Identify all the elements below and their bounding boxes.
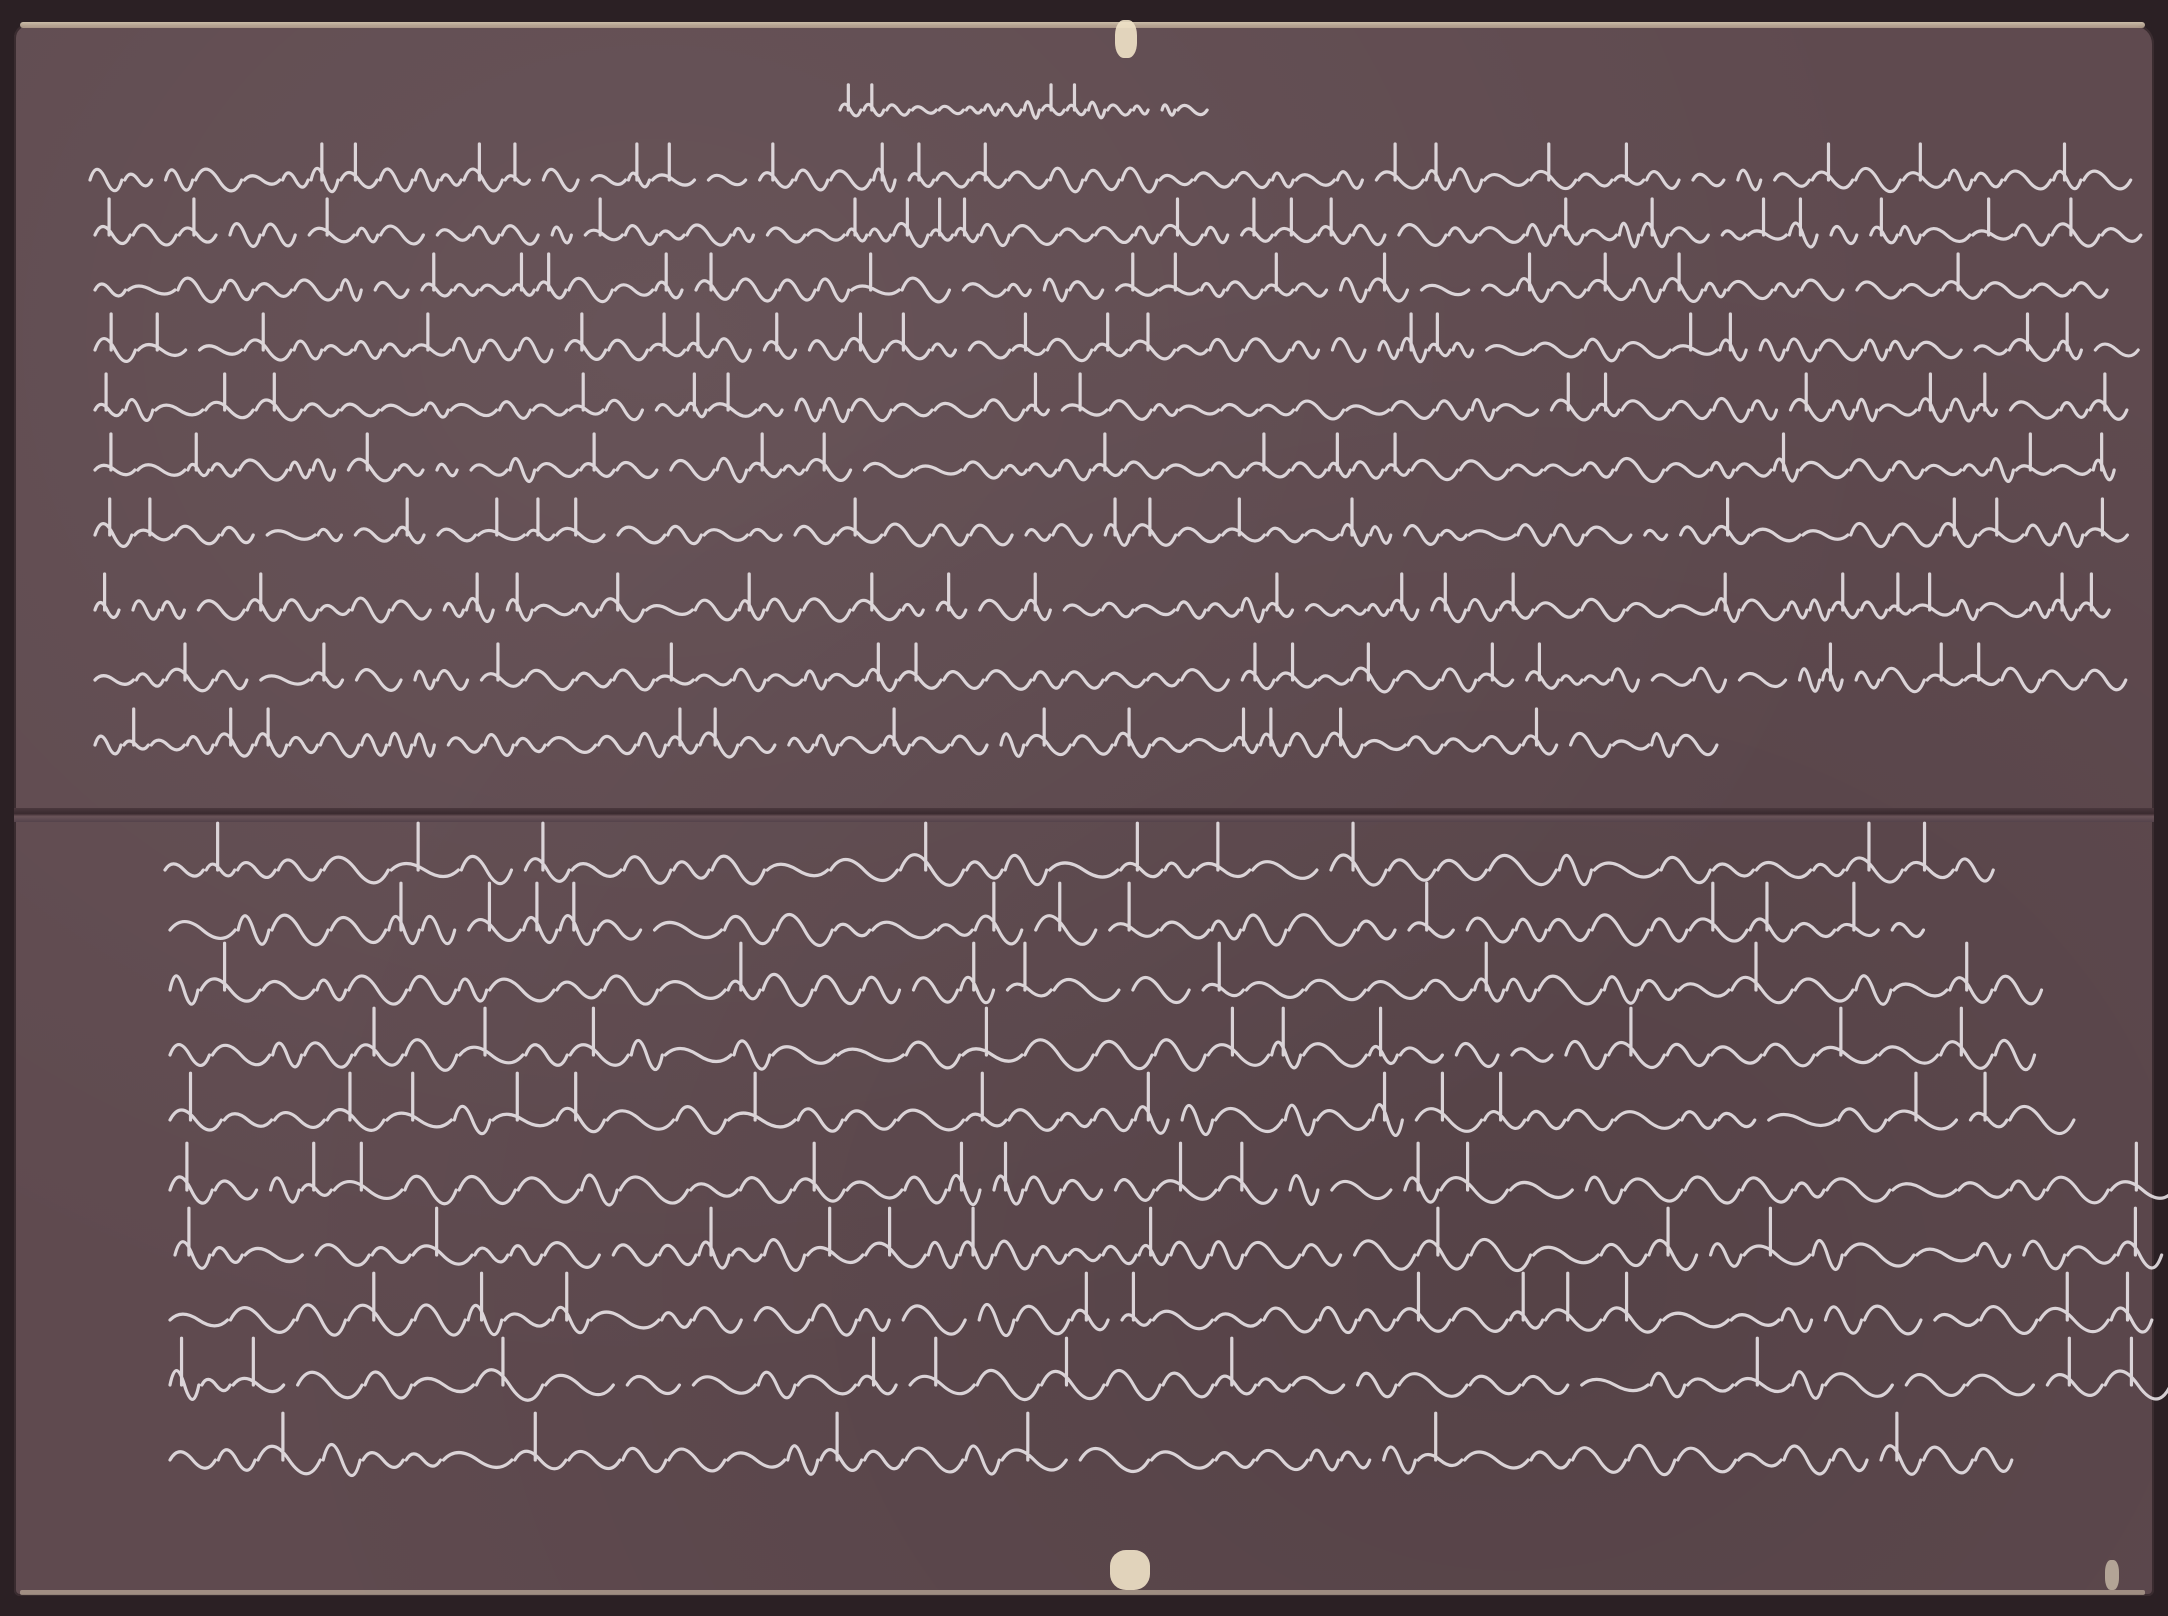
script-line	[170, 1338, 2168, 1400]
script-line	[170, 1143, 2168, 1205]
script-line	[170, 1073, 2074, 1135]
script-line	[170, 1008, 2035, 1070]
manuscript-script	[0, 0, 2168, 1616]
script-line	[95, 199, 2141, 247]
script-line	[165, 823, 1993, 885]
script-line	[170, 1273, 2152, 1335]
script-line	[170, 943, 2042, 1005]
script-line	[95, 434, 2114, 482]
script-line	[95, 709, 1717, 757]
script-line	[95, 374, 2127, 421]
script-line	[95, 314, 2138, 362]
script-line	[95, 644, 2126, 692]
script-line	[95, 254, 2107, 302]
script-line	[95, 499, 2127, 547]
script-line	[175, 1208, 2162, 1270]
script-line	[170, 1413, 2012, 1475]
script-line	[840, 85, 1207, 119]
script-line	[170, 883, 1923, 945]
script-line	[90, 144, 2131, 192]
script-line	[95, 574, 2109, 622]
